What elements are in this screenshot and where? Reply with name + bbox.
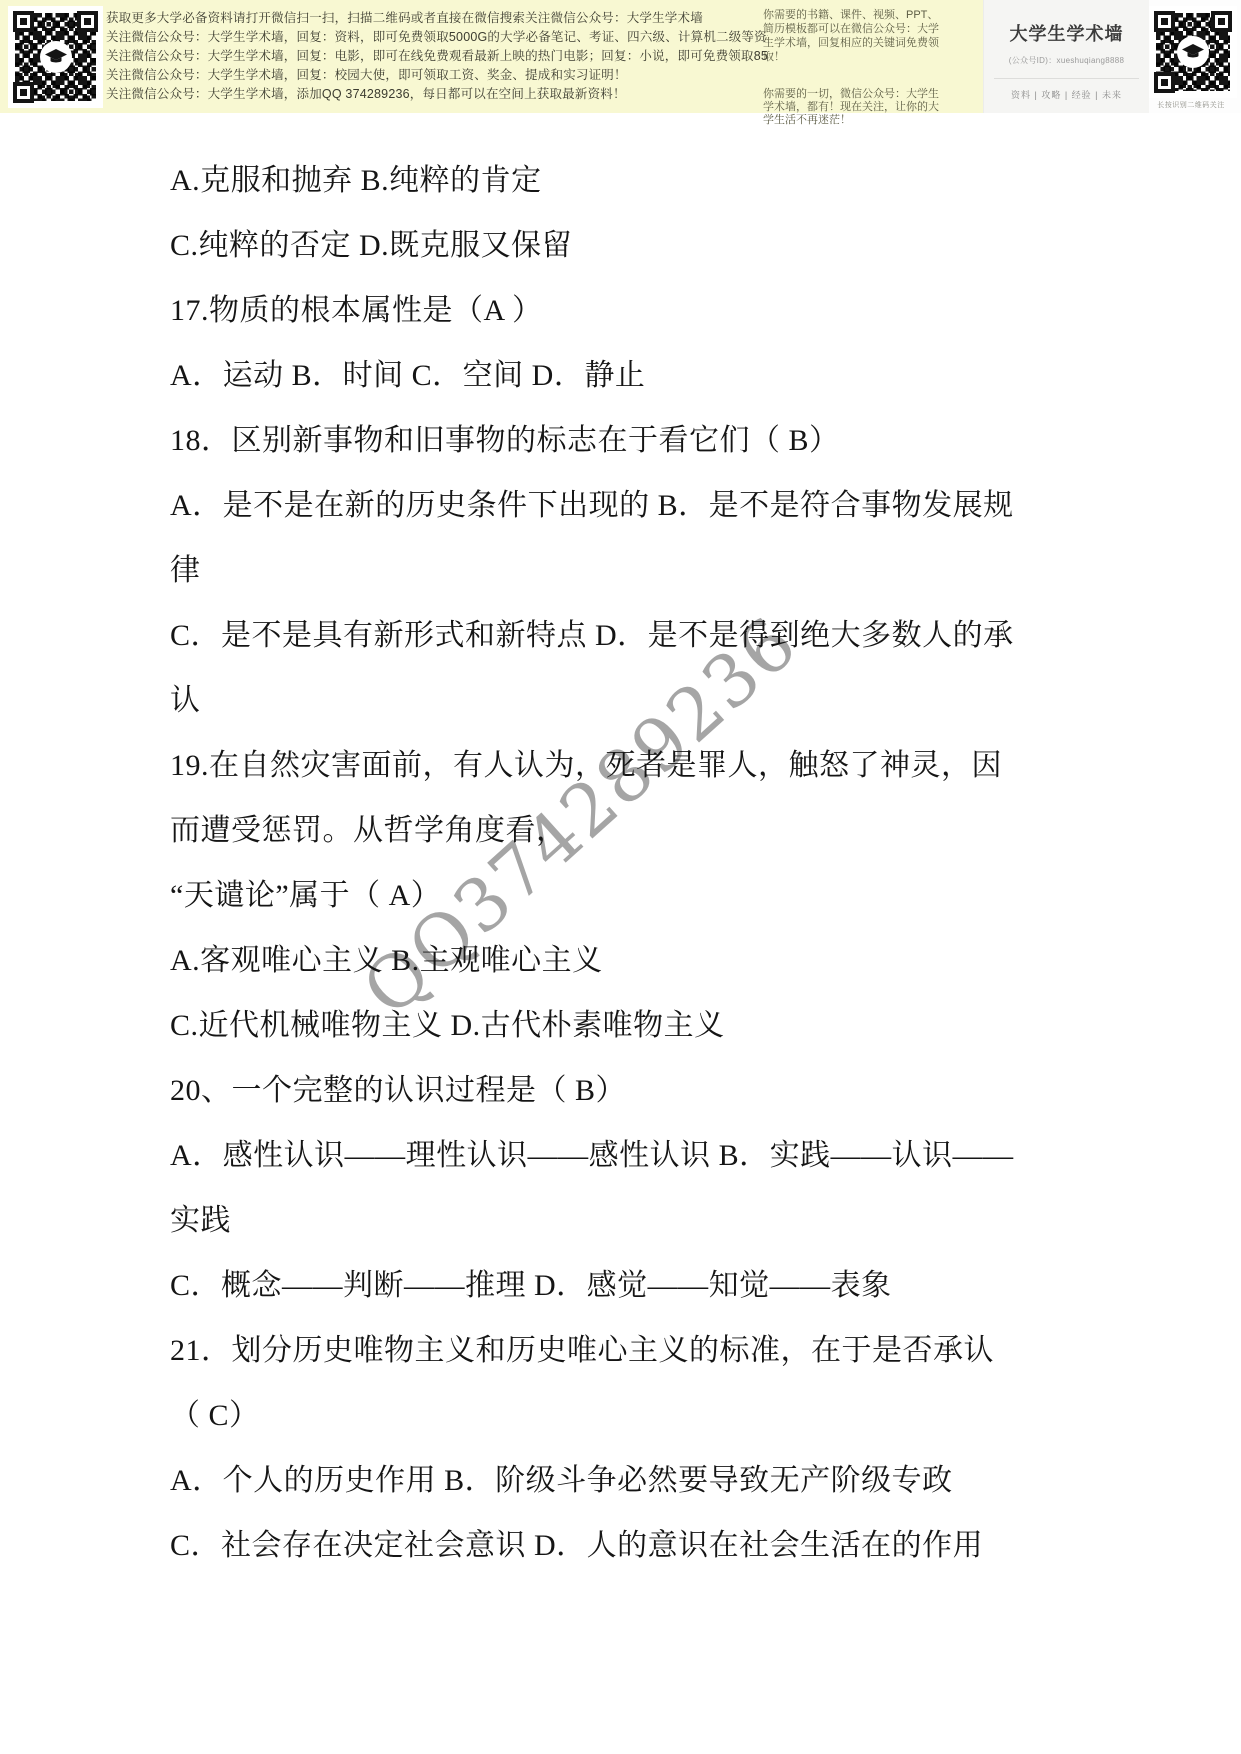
exam-text-body: A.克服和抛弃 B.纯粹的肯定 C.纯粹的否定 D.既克服又保留 17.物质的根… — [170, 148, 1181, 1578]
qr-finder-icon — [13, 82, 34, 103]
document-line: A．感性认识——理性认识——感性认识 B．实践——认识—— — [170, 1123, 1181, 1188]
document-page: { "header": { "bg_color": "#f8f8d2", "pr… — [0, 0, 1241, 1754]
account-card: 大学生学术墙 (公众号ID)：xueshuqiang8888 资料 | 攻略 |… — [983, 0, 1149, 113]
promo-banner: 获取更多大学必备资料请打开微信扫一扫，扫描二维码或者直接在微信搜索关注微信公众号… — [0, 0, 1241, 113]
document-line: A.克服和抛弃 B.纯粹的肯定 — [170, 148, 1181, 213]
document-line: 而遭受惩罚。从哲学角度看， — [170, 798, 1181, 863]
document-line: C．是不是具有新形式和新特点 D．是不是得到绝大多数人的承 — [170, 603, 1181, 668]
account-title: 大学生学术墙 — [984, 20, 1149, 46]
graduation-cap-icon — [40, 41, 72, 73]
qr-finder-icon — [1154, 72, 1175, 93]
document-line: 认 — [170, 668, 1181, 733]
document-line: 21．划分历史唯物主义和历史唯心主义的标准，在于是否承认 — [170, 1318, 1181, 1383]
divider — [994, 78, 1139, 79]
document-line: “天谴论”属于（ A） — [170, 863, 1181, 928]
promo-line: 关注微信公众号：大学生学术墙，回复：资料，即可免费领取5000G的大学必备笔记、… — [106, 28, 768, 47]
document-line: C.纯粹的否定 D.既克服又保留 — [170, 213, 1181, 278]
graduation-cap-icon — [1177, 36, 1209, 68]
document-line: A.客观唯心主义 B.主观唯心主义 — [170, 928, 1181, 993]
document-line: 19.在自然灾害面前，有人认为，死者是罪人，触怒了神灵，因 — [170, 733, 1181, 798]
account-nav: 资料 | 攻略 | 经验 | 未来 — [984, 88, 1149, 101]
promo-line: 获取更多大学必备资料请打开微信扫一扫，扫描二维码或者直接在微信搜索关注微信公众号… — [106, 9, 768, 28]
document-line: C.近代机械唯物主义 D.古代朴素唯物主义 — [170, 993, 1181, 1058]
document-line: 20、一个完整的认识过程是（ B） — [170, 1058, 1181, 1123]
document-line: （ C） — [170, 1383, 1181, 1448]
wechat-qr-code-right — [1149, 6, 1237, 98]
document-line: A．运动 B．时间 C．空间 D．静止 — [170, 343, 1181, 408]
wechat-qr-code-left — [8, 6, 103, 108]
promo-text-block: 获取更多大学必备资料请打开微信扫一扫，扫描二维码或者直接在微信搜索关注微信公众号… — [106, 9, 768, 104]
promo-line: 关注微信公众号：大学生学术墙，添加QQ 374289236，每日都可以在空间上获… — [106, 85, 768, 104]
qr-finder-icon — [77, 11, 98, 32]
document-line: C．概念——判断——推理 D．感觉——知觉——表象 — [170, 1253, 1181, 1318]
qr-finder-icon — [13, 11, 34, 32]
document-line: A．个人的历史作用 B．阶级斗争必然要导致无产阶级专政 — [170, 1448, 1181, 1513]
promo-middle-text: 你需要的一切，微信公众号：大学生学术墙，都有！现在关注，让你的大学生活不再迷茫！ — [763, 88, 939, 127]
account-id: (公众号ID)：xueshuqiang8888 — [984, 55, 1149, 66]
document-line: 17.物质的根本属性是（A ） — [170, 278, 1181, 343]
promo-middle-column: 你需要的书籍、课件、视频、PPT、简历模板都可以在微信公众号：大学生学术墙，回复… — [763, 8, 939, 127]
document-line: A．是不是在新的历史条件下出现的 B．是不是符合事物发展规 — [170, 473, 1181, 538]
promo-line: 关注微信公众号：大学生学术墙，回复：校园大使，即可领取工资、奖金、提成和实习证明… — [106, 66, 768, 85]
document-line: 18．区别新事物和旧事物的标志在于看它们（ B） — [170, 408, 1181, 473]
qr-finder-icon — [1154, 11, 1175, 32]
document-line: C．社会存在决定社会意识 D．人的意识在社会生活在的作用 — [170, 1513, 1181, 1578]
promo-line: 关注微信公众号：大学生学术墙，回复：电影，即可在线免费观看最新上映的热门电影；回… — [106, 47, 768, 66]
qr-finder-icon — [1211, 11, 1232, 32]
qr-caption: 长按识别二维码关注 — [1149, 100, 1233, 110]
promo-middle-text: 你需要的书籍、课件、视频、PPT、简历模板都可以在微信公众号：大学生学术墙，回复… — [763, 8, 939, 64]
document-line: 实践 — [170, 1188, 1181, 1253]
document-line: 律 — [170, 538, 1181, 603]
